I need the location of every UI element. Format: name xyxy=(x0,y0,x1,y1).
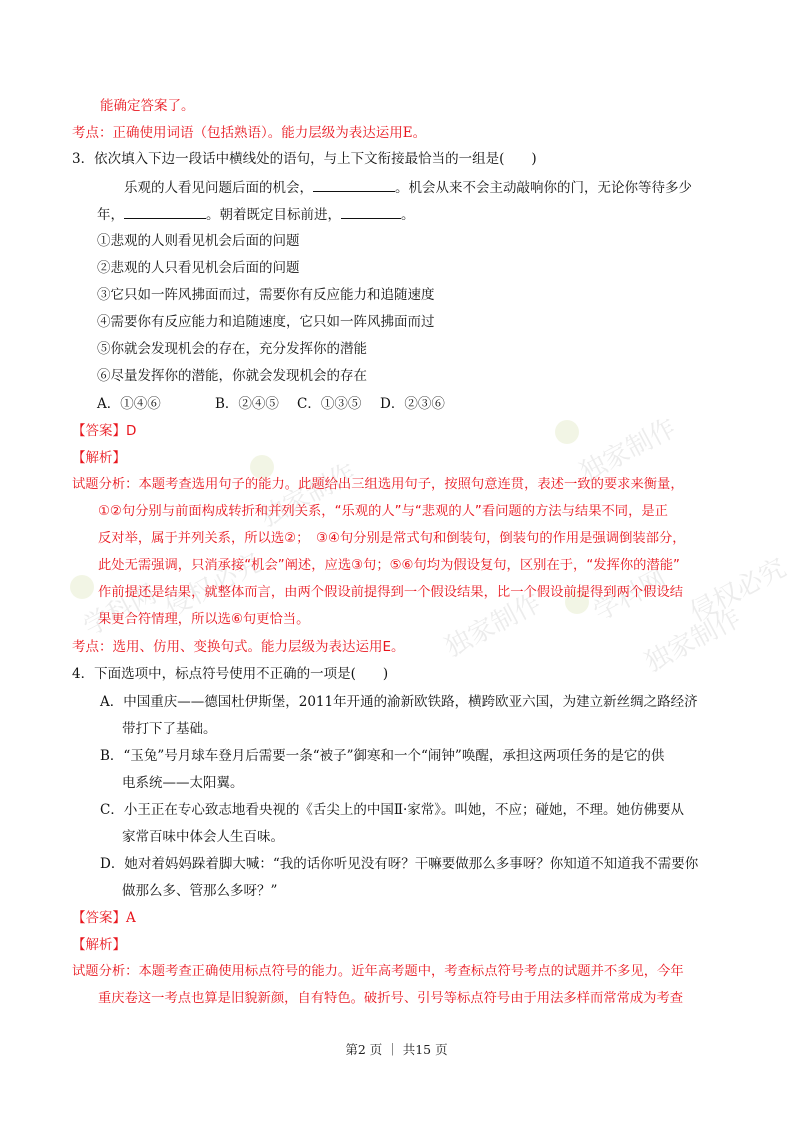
q3-analysis-line: ①②句分别与前面构成转折和并列关系，“乐观的人”与“悲观的人”看问题的方法与结果… xyxy=(98,503,668,521)
q4-answer: 【答案】A xyxy=(72,909,136,927)
q4-option-a-line2: 带打下了基础。 xyxy=(122,720,217,738)
prev-kaodian: 考点：正确使用词语（包括熟语）。能力层级为表达运用E。 xyxy=(72,124,426,142)
q3-blank-2 xyxy=(124,205,206,219)
page-footer: 第2 页 ｜ 共15 页 xyxy=(0,1040,793,1058)
q3-item: ④需要你有反应能力和追随速度，它只如一阵风拂面而过 xyxy=(97,313,435,331)
q3-kaodian: 考点：选用、仿用、变换句式。能力层级为表达运用E。 xyxy=(72,638,405,656)
q3-blank-3 xyxy=(341,205,401,219)
q3-analysis-label: 【解析】 xyxy=(72,449,126,467)
answer-value: A xyxy=(126,910,136,926)
q4-analysis-line: 试题分析：本题考查正确使用标点符号的能力。近年高考题中，考查标点符号考点的试题并… xyxy=(72,963,684,981)
q3-choice-b: B．②④⑤ xyxy=(215,395,297,413)
q3-item: ⑥尽量发挥你的潜能，你就会发现机会的存在 xyxy=(97,367,367,385)
q3-passage-text: 乐观的人看见问题后面的机会， xyxy=(124,180,313,196)
q3-stem: 3．依次填入下边一段话中横线处的语句，与上下文衔接最恰当的一组是( ) xyxy=(72,150,537,168)
q3-choice-a: A．①④⑥ xyxy=(97,395,215,413)
q3-passage-line1: 乐观的人看见问题后面的机会，。机会从来不会主动敲响你的门，无论你等待多少 xyxy=(124,178,692,197)
q3-answer: 【答案】D xyxy=(72,422,136,440)
q3-blank-1 xyxy=(313,178,395,192)
watermark-logo-icon xyxy=(70,575,94,599)
q4-option-c-line1: C．小王正在专心致志地看央视的《舌尖上的中国Ⅱ·家常》。叫她，不应；碰她，不理。… xyxy=(100,801,684,819)
q4-option-b-line1: B．“玉兔”号月球车登月后需要一条“被子”御寒和一个“闹钟”唤醒，承担这两项任务… xyxy=(100,747,664,765)
q3-passage-text: 。机会从来不会主动敲响你的门，无论你等待多少 xyxy=(395,180,692,196)
q3-choice-c: C．①③⑤ xyxy=(297,395,380,413)
q3-analysis-line: 作前提还是结果，就整体而言，由两个假设前提得到一个假设结果，比一个假设前提得到两… xyxy=(98,584,683,602)
watermark-logo-icon xyxy=(555,420,579,444)
q3-passage-text: 。朝着既定目标前进， xyxy=(206,207,341,223)
q3-passage-text: 。 xyxy=(401,207,415,223)
answer-value: D xyxy=(126,423,136,439)
q3-item: ③它只如一阵风拂面而过，需要你有反应能力和追随速度 xyxy=(97,286,435,304)
q4-option-c-line2: 家常百味中体会人生百味。 xyxy=(122,828,284,846)
q4-option-d-line1: D．她对着妈妈跺着脚大喊：“我的话你听见没有呀？干嘛要做那么多事呀？你知道不知道… xyxy=(100,855,698,873)
q3-item: ②悲观的人只看见机会后面的问题 xyxy=(97,259,300,277)
q3-analysis-line: 此处无需强调，只消承接“机会”阐述，应选③句；⑤⑥句均为假设复句，区别在于，“发… xyxy=(98,557,680,575)
watermark-text: 独家制作 xyxy=(637,598,746,680)
q3-analysis-line: 果更合符情理，所以选⑥句更恰当。 xyxy=(98,611,309,629)
q3-analysis-line: 试题分析：本题考查选用句子的能力。此题给出三组选用句子，按照句意连贯，表述一致的… xyxy=(72,476,684,494)
q3-passage-line2: 年，。朝着既定目标前进，。 xyxy=(97,205,415,224)
watermark-text: 侵权必究 xyxy=(682,548,791,630)
q3-choice-d: D．②③⑥ xyxy=(380,395,445,413)
q4-option-d-line2: 做那么多、管那么多呀？” xyxy=(122,882,277,900)
answer-label: 【答案】 xyxy=(72,423,126,439)
q4-analysis-line: 重庆卷这一考点也算是旧貌新颜，自有特色。破折号、引号等标点符号由于用法多样而常常… xyxy=(98,990,683,1008)
q3-item: ⑤你就会发现机会的存在，充分发挥你的潜能 xyxy=(97,340,367,358)
q3-item: ①悲观的人则看见机会后面的问题 xyxy=(97,232,300,250)
q4-option-b-line2: 电系统——太阳翼。 xyxy=(122,774,244,792)
q3-analysis-line: 反对举，属于并列关系，所以选②； ③④句分别是常式句和倒装句，倒装句的作用是强调… xyxy=(98,530,686,548)
q4-analysis-label: 【解析】 xyxy=(72,936,126,954)
answer-label: 【答案】 xyxy=(72,910,126,926)
q3-passage-text: 年， xyxy=(97,207,124,223)
prev-analysis-tail: 能确定答案了。 xyxy=(100,97,195,115)
q3-choices: A．①④⑥B．②④⑤C．①③⑤D．②③⑥ xyxy=(97,395,445,413)
document-page: 独家制作 独家制作 学科网 侵权必究 学科网 侵权必究 独家制作 独家制作 能确… xyxy=(0,0,793,1122)
q4-stem: 4．下面选项中，标点符号使用不正确的一项是( ) xyxy=(72,665,388,683)
q4-option-a-line1: A．中国重庆——德国杜伊斯堡，2011年开通的渝新欧铁路，横跨欧亚六国，为建立新… xyxy=(100,693,698,711)
